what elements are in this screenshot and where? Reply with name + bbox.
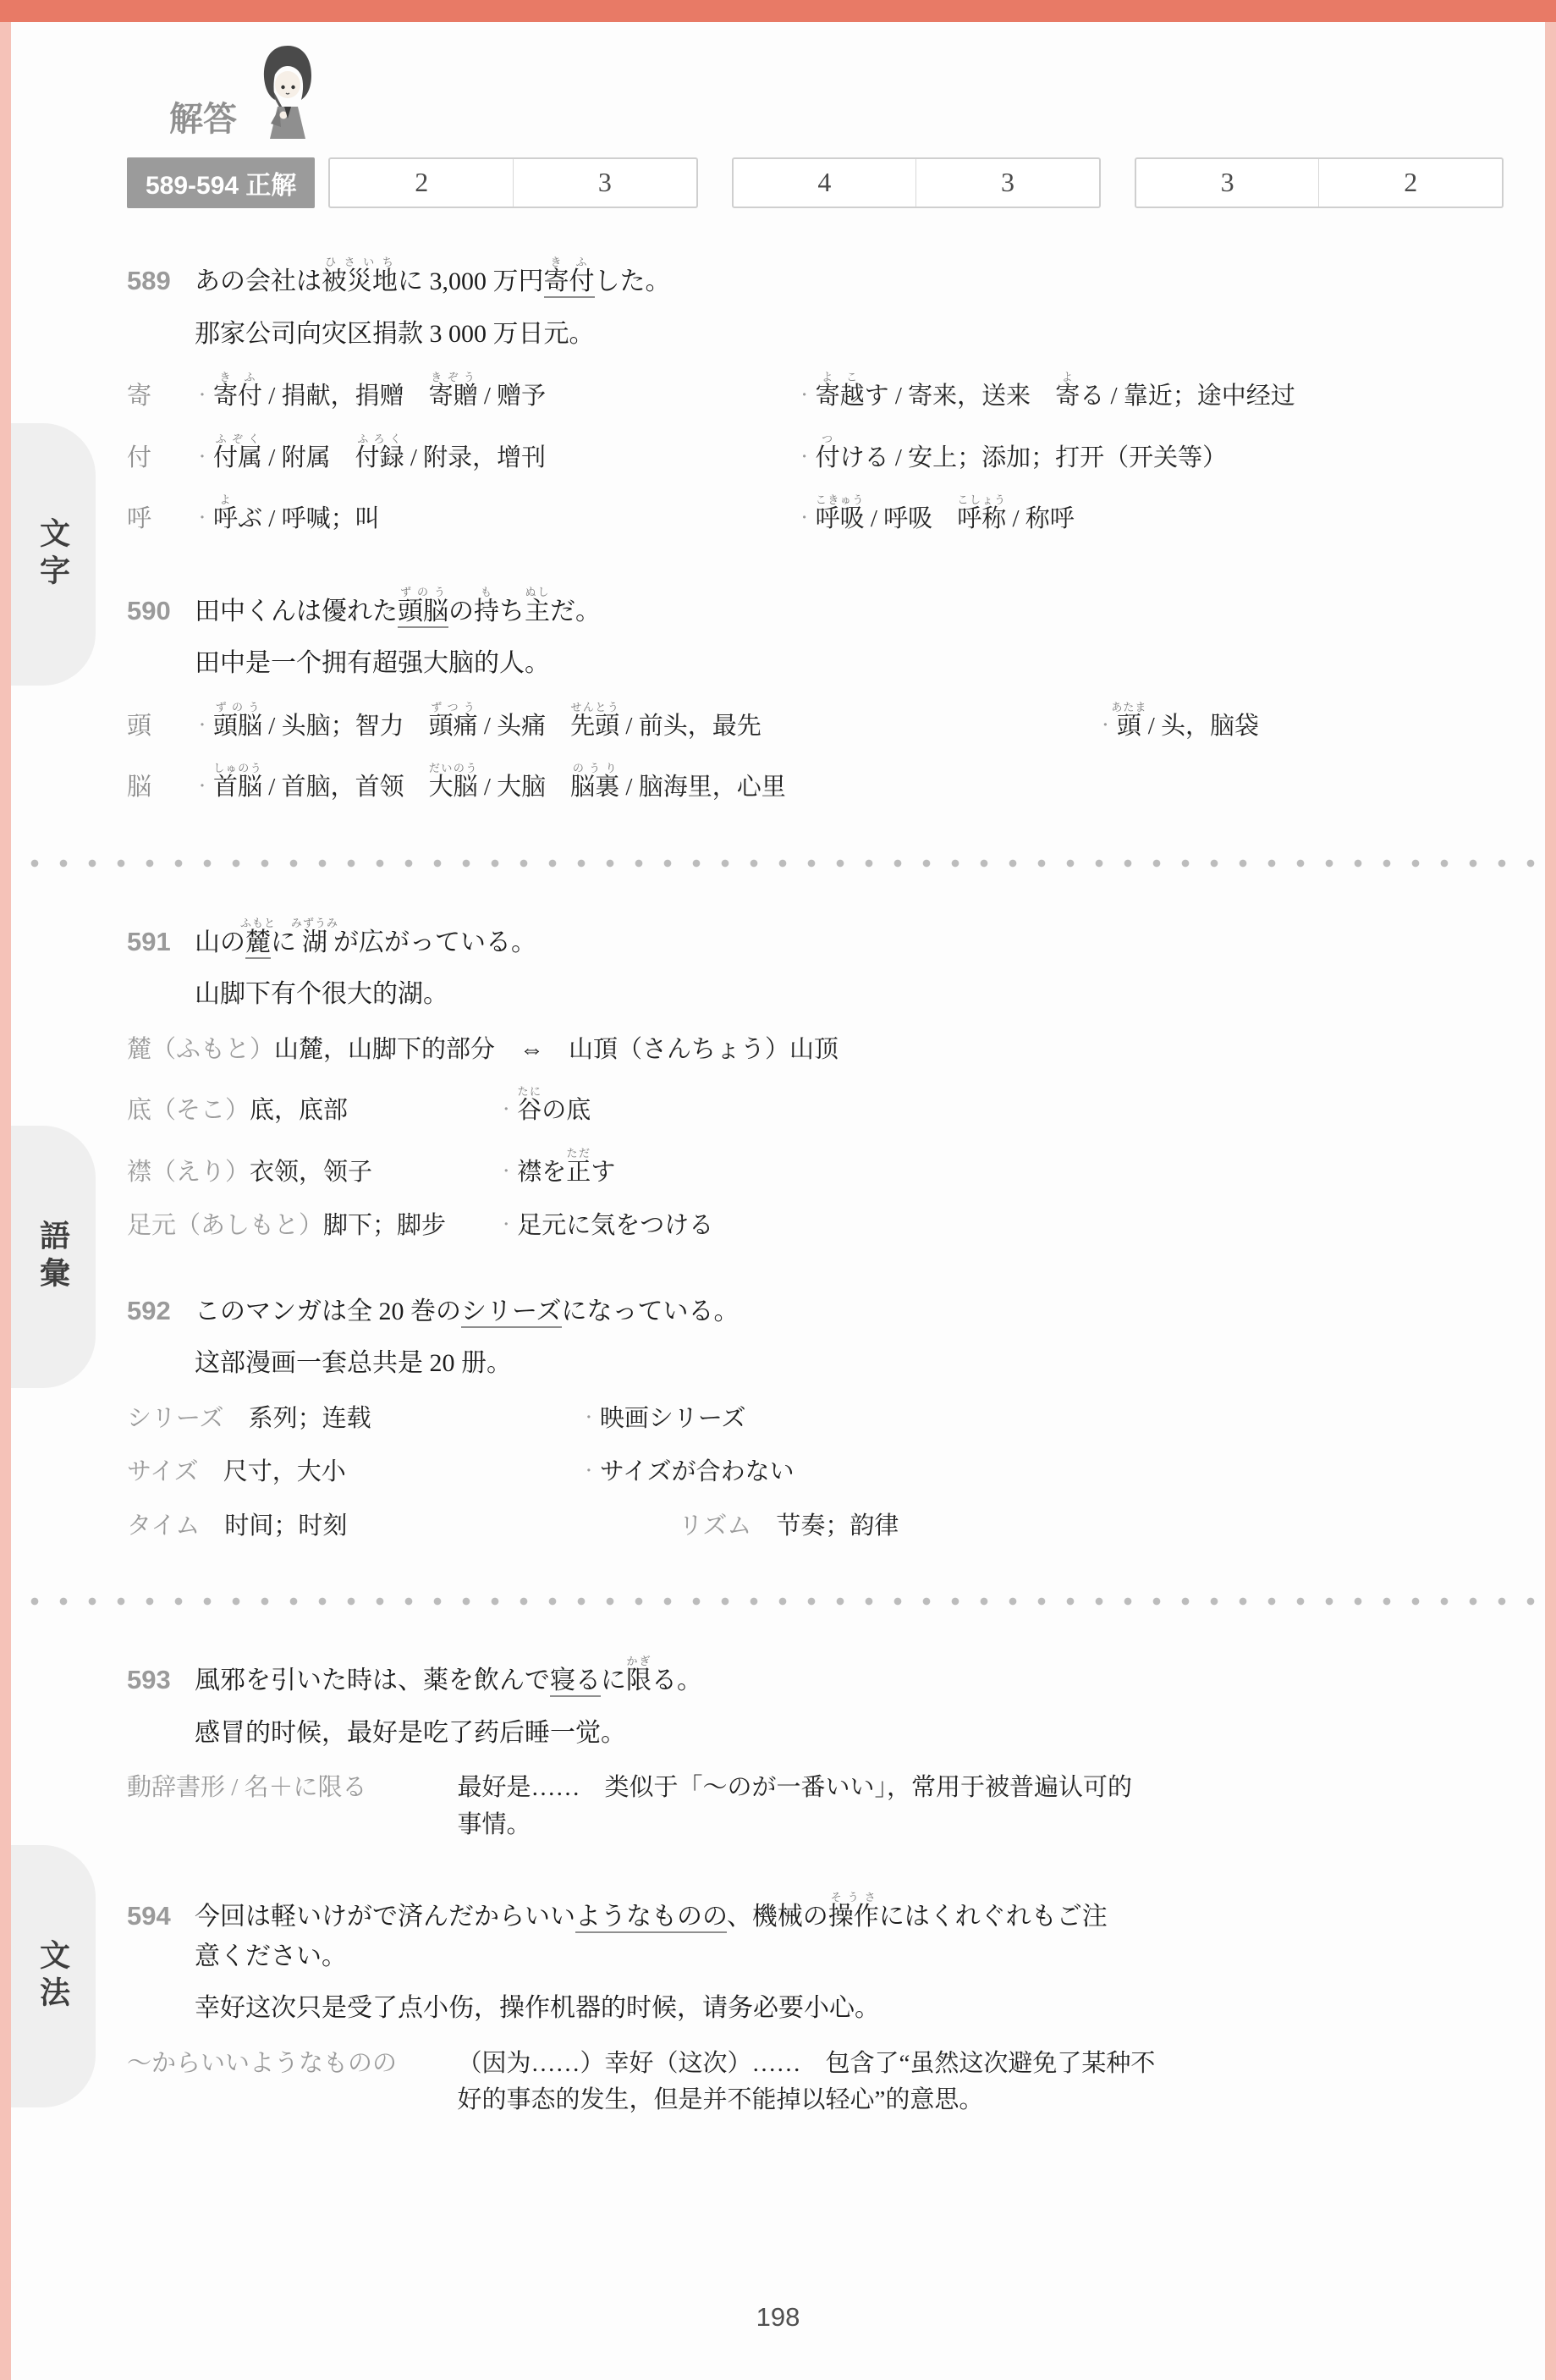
answer-group: 23	[328, 157, 697, 208]
bullet-dot-icon: ・	[195, 510, 210, 526]
explanation-row: 足元（あしもと）脚下；脚步・足元に気をつける	[127, 1208, 1504, 1245]
explanation-rows: 麓（ふもと）山麓，山脚下的部分 ⇔ 山頂（さんちょう）山顶底（そこ）底，底部・谷…	[127, 1032, 1504, 1245]
question-number: 589	[127, 266, 195, 296]
answer-cell: 3	[1136, 159, 1319, 207]
explanation-item: ・寄付きふ / 捐献，捐赠 寄贈きぞう / 赠予	[195, 371, 797, 416]
explanation-item: 最好是…… 类似于「～のが一番いい」，常用于被普遍认可的事情。	[457, 1770, 1132, 1843]
answer-sections: 589あの会社は被災地ひさいちに 3,000 万円寄付きふした。那家公司向灾区捐…	[127, 256, 1504, 2119]
explanation-item: リズム 节奏；韵律	[581, 1508, 899, 1545]
teacher-avatar-illustration	[245, 39, 327, 144]
explanation-rows: 寄・寄付きふ / 捐献，捐赠 寄贈きぞう / 赠予・寄越よこす / 寄来，送来 …	[127, 371, 1504, 538]
kanji-head: 寄	[127, 378, 195, 416]
question-number: 590	[127, 596, 195, 626]
bullet-dot-icon: ・	[797, 510, 812, 526]
bullet-dot-icon: ・	[195, 449, 210, 466]
chinese-translation: 山脚下有个很大的湖。	[195, 976, 1504, 1013]
explanation-item: ・襟を正ただす	[498, 1147, 615, 1192]
explanation-rows: 頭・頭脳ずのう / 头脑；智力 頭痛ずつう / 头痛 先頭せんとう / 前头，最…	[127, 701, 1504, 807]
chinese-translation: 幸好这次只是受了点小伤，操作机器的时候，请务必要小心。	[195, 1990, 1504, 2027]
answer-section-589: 589あの会社は被災地ひさいちに 3,000 万円寄付きふした。那家公司向灾区捐…	[127, 256, 1504, 538]
explanation-row: ～からいいようなものの（因为……）幸好（这次）…… 包含了“虽然这次避免了某种不…	[127, 2046, 1504, 2119]
bullet-dot-icon: ・	[1097, 717, 1113, 734]
answer-section-594: 594今回は軽いけがで済んだからいいようなものの、機械の操作そうさにはくれぐれも…	[127, 1891, 1504, 2119]
explanation-item: ～からいいようなものの	[127, 2046, 457, 2083]
explanation-item: 麓（ふもと）山麓，山脚下的部分 ⇔ 山頂（さんちょう）山顶	[127, 1032, 1504, 1069]
explanation-item: シリーズ 系列；连载	[127, 1401, 581, 1438]
page-header: 解答	[169, 34, 1504, 144]
explanation-row: 脳・首脳しゅのう / 首脑，首领 大脳だいのう / 大脑 脳裏のうり / 脑海里…	[127, 762, 1504, 807]
japanese-sentence: 風邪を引いた時は、薬を飲んで寝るに限かぎる。	[195, 1655, 1504, 1701]
page-top-border	[0, 0, 1556, 22]
explanation-item: サイズ 尺寸，大小	[127, 1454, 581, 1491]
japanese-sentence: あの会社は被災地ひさいちに 3,000 万円寄付きふした。	[195, 256, 1504, 302]
explanation-rows: シリーズ 系列；连载・映画シリーズサイズ 尺寸，大小・サイズが合わないタイム 时…	[127, 1401, 1504, 1545]
explanation-row: 呼・呼よぶ / 呼喊；叫・呼吸こきゅう / 呼吸 呼称こしょう / 称呼	[127, 493, 1504, 538]
page-right-border	[1545, 22, 1556, 2380]
question-number: 592	[127, 1296, 195, 1326]
japanese-sentence: 今回は軽いけがで済んだからいいようなものの、機械の操作そうさにはくれぐれもご注意…	[195, 1891, 1504, 1976]
explanation-item: ・頭あたま / 头，脑袋	[1097, 701, 1259, 746]
page-title: 解答	[169, 92, 237, 144]
explanation-row: 付・付属ふぞく / 附属 付録ふろく / 附录，增刊・付つける / 安上；添加；…	[127, 432, 1504, 477]
answer-key-row: 589-594 正解 234332	[127, 157, 1504, 208]
chinese-translation: 感冒的时候，最好是吃了药后睡一觉。	[195, 1715, 1504, 1752]
explanation-item: 足元（あしもと）脚下；脚步	[127, 1208, 498, 1245]
explanation-row: 頭・頭脳ずのう / 头脑；智力 頭痛ずつう / 头痛 先頭せんとう / 前头，最…	[127, 701, 1504, 746]
bullet-dot-icon: ・	[195, 717, 210, 734]
bullet-dot-icon: ・	[498, 1216, 514, 1233]
answer-cell: 3	[915, 159, 1099, 207]
bullet-dot-icon: ・	[581, 1409, 597, 1426]
answer-cell: 2	[1318, 159, 1502, 207]
explanation-item: ・谷たにの底	[498, 1085, 591, 1130]
answer-group: 32	[1135, 157, 1504, 208]
answer-cell: 3	[513, 159, 696, 207]
explanation-row: 寄・寄付きふ / 捐献，捐赠 寄贈きぞう / 赠予・寄越よこす / 寄来，送来 …	[127, 371, 1504, 416]
answer-cell: 2	[330, 159, 513, 207]
answer-section-593: 593風邪を引いた時は、薬を飲んで寝るに限かぎる。感冒的时候，最好是吃了药后睡一…	[127, 1655, 1504, 1843]
explanation-item: ・頭脳ずのう / 头脑；智力 頭痛ずつう / 头痛 先頭せんとう / 前头，最先	[195, 701, 1097, 746]
answer-section-591: 591山の麓ふもとに湖みずうみが広がっている。山脚下有个很大的湖。麓（ふもと）山…	[127, 917, 1504, 1245]
explanation-item: タイム 时间；时刻	[127, 1508, 581, 1545]
explanation-item: ・呼吸こきゅう / 呼吸 呼称こしょう / 称呼	[797, 493, 1075, 538]
chinese-translation: 田中是一个拥有超强大脑的人。	[195, 645, 1504, 682]
answer-section-592: 592このマンガは全 20 巻のシリーズになっている。这部漫画一套总共是 20 …	[127, 1292, 1504, 1545]
explanation-rows: ～からいいようなものの（因为……）幸好（这次）…… 包含了“虽然这次避免了某种不…	[127, 2046, 1504, 2119]
answer-group: 43	[732, 157, 1101, 208]
bullet-dot-icon: ・	[797, 449, 812, 466]
kanji-head: 脳	[127, 769, 195, 807]
question-number: 594	[127, 1901, 195, 1931]
textbook-answer-page: 文字 語彙 文法 解答 589-594 正解 234332	[0, 0, 1556, 2380]
page-number: 198	[0, 2302, 1556, 2333]
explanation-item: 底（そこ）底，底部	[127, 1093, 498, 1130]
bullet-dot-icon: ・	[498, 1163, 514, 1180]
explanation-item: ・付属ふぞく / 附属 付録ふろく / 附录，增刊	[195, 432, 797, 477]
chinese-translation: 这部漫画一套总共是 20 册。	[195, 1345, 1504, 1382]
japanese-sentence: 山の麓ふもとに湖みずうみが広がっている。	[195, 917, 1504, 963]
bullet-dot-icon: ・	[498, 1101, 514, 1118]
bullet-dot-icon: ・	[195, 778, 210, 795]
explanation-row: 動辞書形 / 名＋に限る最好是…… 类似于「～のが一番いい」，常用于被普遍认可的…	[127, 1770, 1504, 1843]
japanese-sentence: このマンガは全 20 巻のシリーズになっている。	[195, 1292, 1504, 1332]
kanji-head: 頭	[127, 708, 195, 746]
answer-key-label: 589-594 正解	[127, 157, 315, 208]
page-content: 解答 589-594 正解 234332 589あの会社は被災地ひさいちに 3,…	[0, 34, 1556, 2119]
page-left-border	[0, 22, 11, 2380]
chinese-translation: 那家公司向灾区捐款 3 000 万日元。	[195, 316, 1504, 353]
explanation-row: 底（そこ）底，底部・谷たにの底	[127, 1085, 1504, 1130]
explanation-item: ・寄越よこす / 寄来，送来 寄よる / 靠近；途中经过	[797, 371, 1295, 416]
answer-cells: 234332	[328, 157, 1504, 208]
explanation-row: シリーズ 系列；连载・映画シリーズ	[127, 1401, 1504, 1438]
question-number: 591	[127, 927, 195, 957]
dotted-divider	[0, 857, 1556, 869]
explanation-row: 襟（えり）衣领，领子・襟を正ただす	[127, 1147, 1504, 1192]
explanation-item: ・サイズが合わない	[581, 1454, 794, 1491]
answer-section-590: 590田中くんは優れた頭脳ずのうの持もち主ぬしだ。田中是一个拥有超强大脑的人。頭…	[127, 586, 1504, 807]
bullet-dot-icon: ・	[581, 1463, 597, 1479]
explanation-item: ・足元に気をつける	[498, 1208, 713, 1245]
explanation-item: ・首脳しゅのう / 首脑，首领 大脳だいのう / 大脑 脳裏のうり / 脑海里，…	[195, 762, 1097, 807]
explanation-item: 動辞書形 / 名＋に限る	[127, 1770, 457, 1807]
question-number: 593	[127, 1665, 195, 1695]
answer-cell: 4	[734, 159, 916, 207]
dotted-divider	[0, 1595, 1556, 1607]
explanation-item: ・付つける / 安上；添加；打开（开关等）	[797, 432, 1228, 477]
explanation-row: サイズ 尺寸，大小・サイズが合わない	[127, 1454, 1504, 1491]
explanation-rows: 動辞書形 / 名＋に限る最好是…… 类似于「～のが一番いい」，常用于被普遍认可的…	[127, 1770, 1504, 1843]
explanation-row: 麓（ふもと）山麓，山脚下的部分 ⇔ 山頂（さんちょう）山顶	[127, 1032, 1504, 1069]
bullet-dot-icon: ・	[195, 387, 210, 404]
kanji-head: 呼	[127, 501, 195, 538]
explanation-row: タイム 时间；时刻リズム 节奏；韵律	[127, 1508, 1504, 1545]
explanation-item: ・呼よぶ / 呼喊；叫	[195, 493, 797, 538]
bullet-dot-icon: ・	[797, 387, 812, 404]
kanji-head: 付	[127, 440, 195, 477]
explanation-item: ・映画シリーズ	[581, 1401, 746, 1438]
explanation-item: （因为……）幸好（这次）…… 包含了“虽然这次避免了某种不好的事态的发生，但是并…	[457, 2046, 1155, 2119]
explanation-item: 襟（えり）衣领，领子	[127, 1154, 498, 1192]
japanese-sentence: 田中くんは優れた頭脳ずのうの持もち主ぬしだ。	[195, 586, 1504, 632]
